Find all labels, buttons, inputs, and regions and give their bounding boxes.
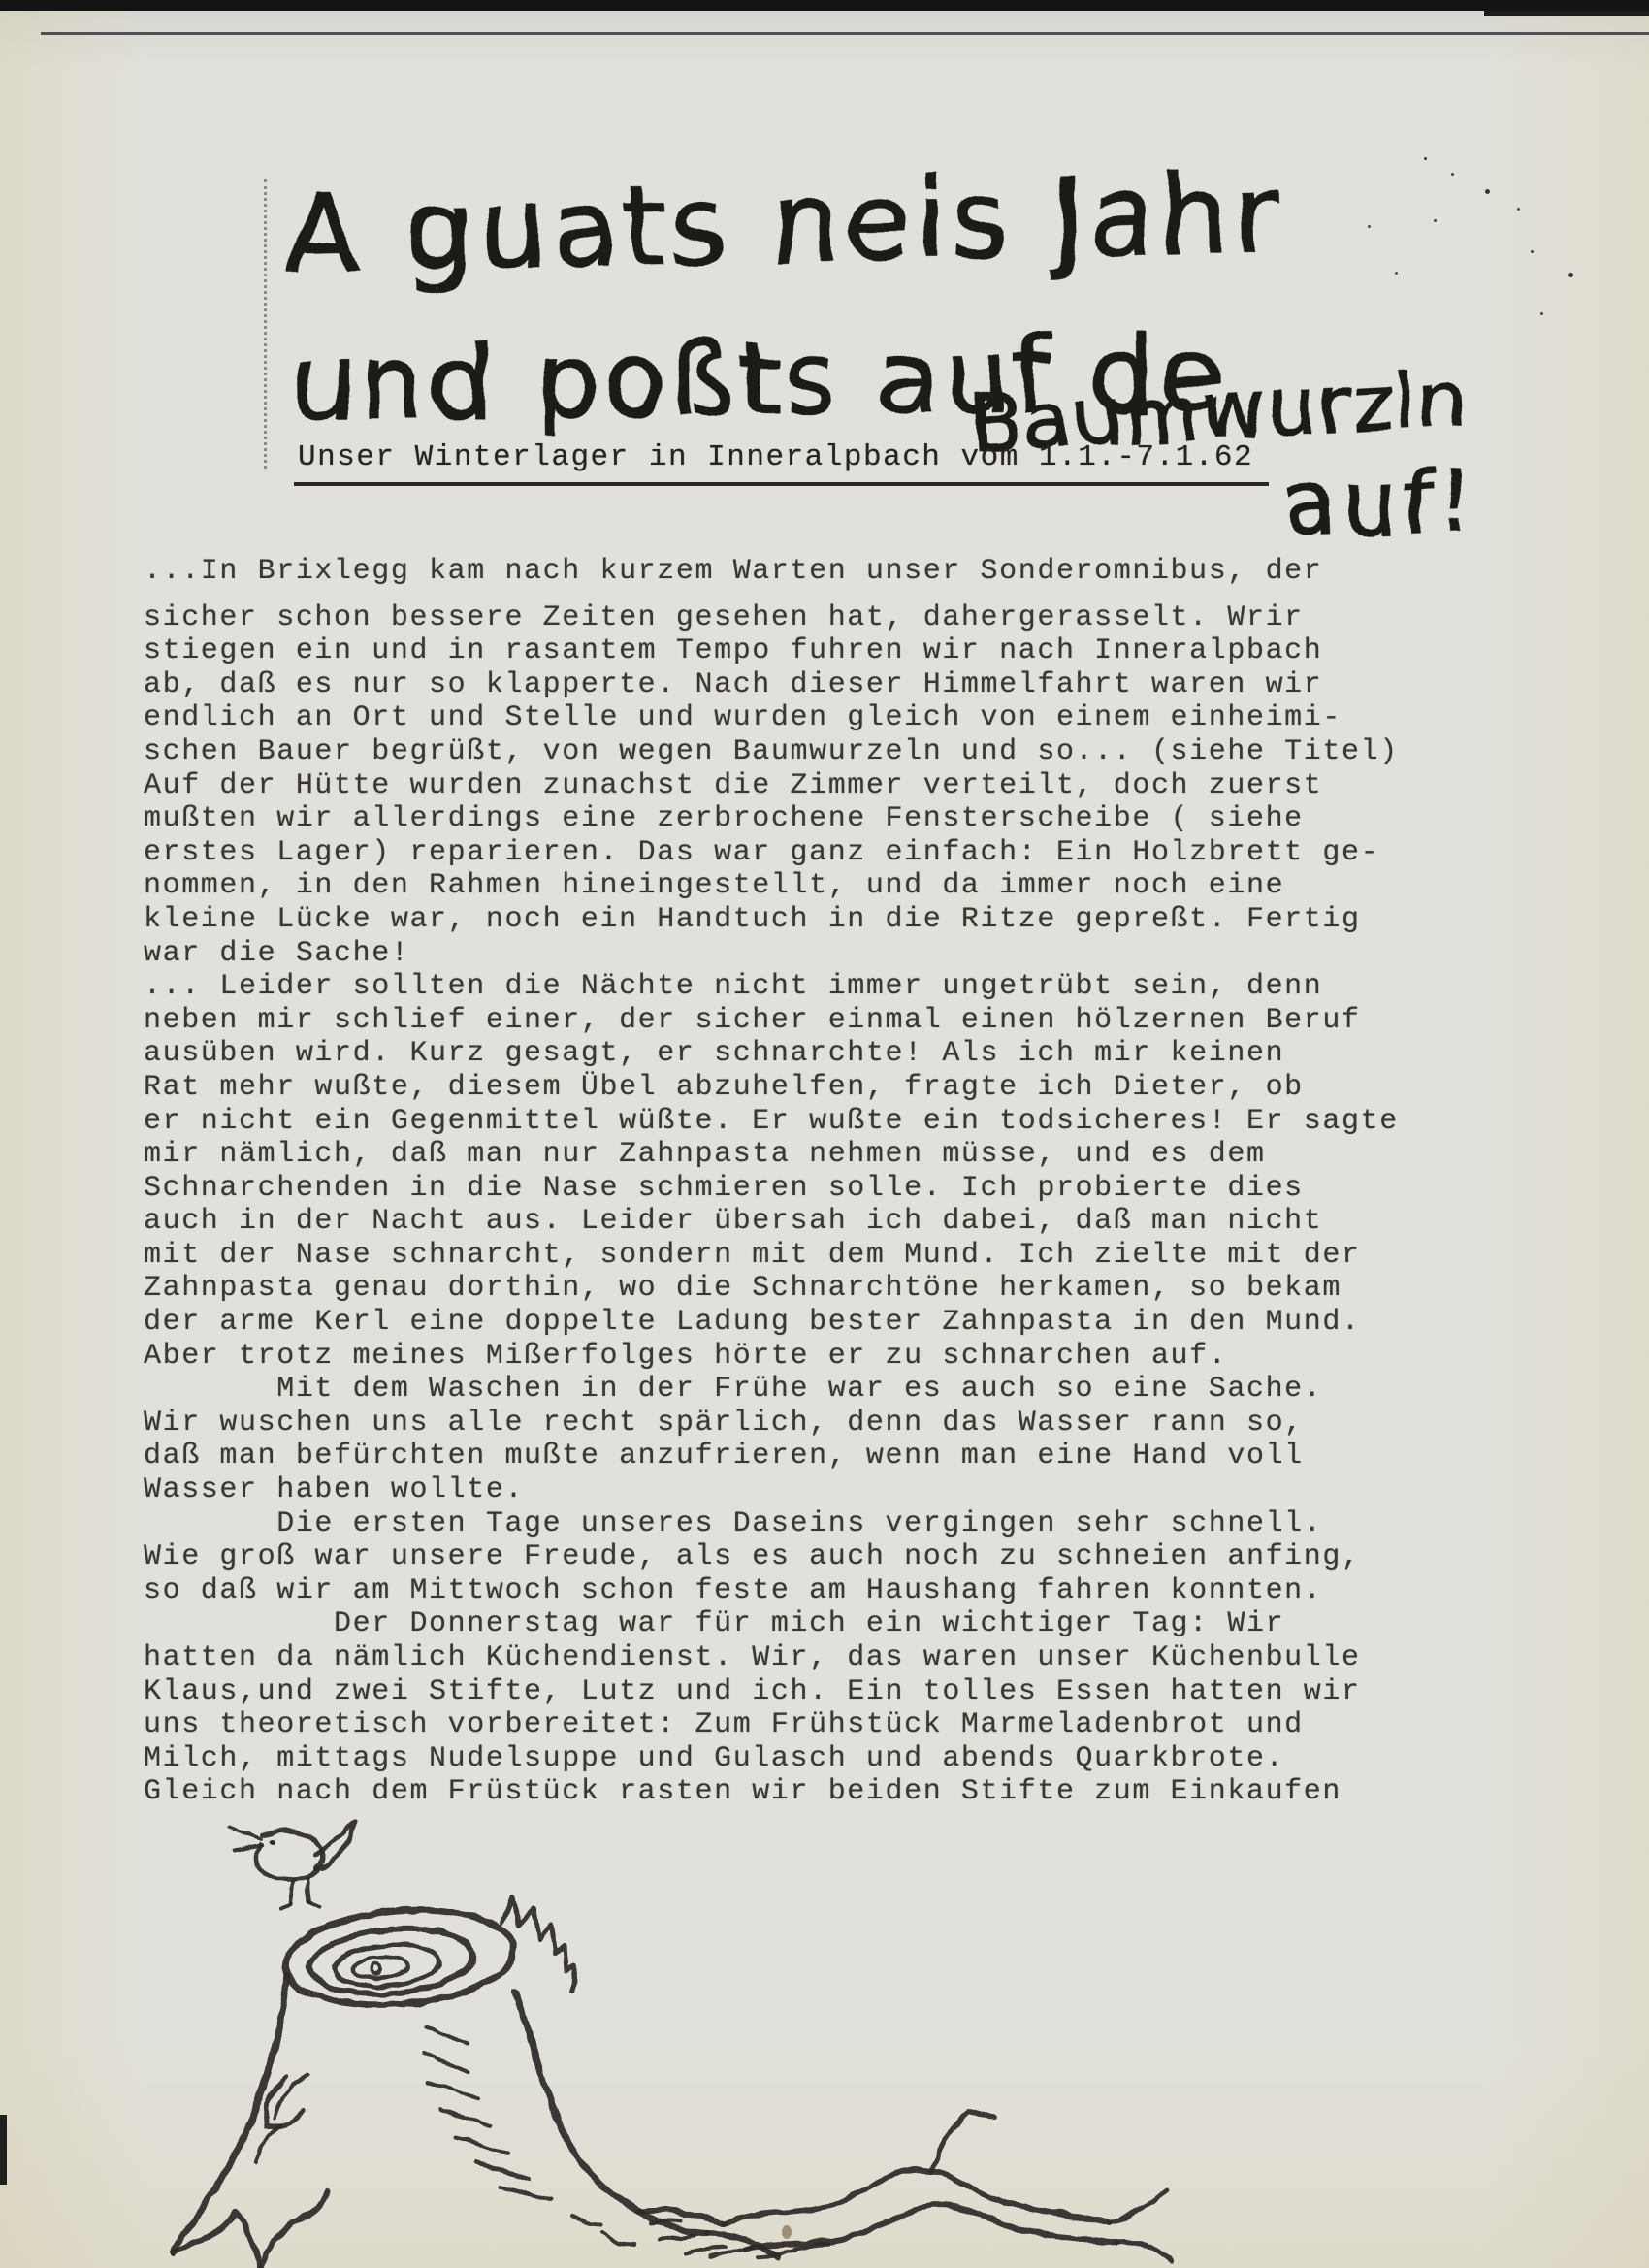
body-line: so daß wir am Mittwoch schon feste am Ha…: [144, 1574, 1560, 1608]
body-line: Wie groß war unsere Freude, als es auch …: [144, 1540, 1560, 1574]
body-line: nommen, in den Rahmen hineingestellt, un…: [144, 869, 1560, 903]
scanned-newsletter-page: A guats neis Jahr und poßts auf de Baumw…: [0, 0, 1649, 2268]
body-line: kleine Lücke war, noch ein Handtuch in d…: [144, 903, 1560, 937]
body-line: ausüben wird. Kurz gesagt, er schnarchte…: [144, 1037, 1560, 1071]
body-line: mit der Nase schnarcht, sondern mit dem …: [144, 1239, 1560, 1273]
body-line: Der Donnerstag war für mich ein wichtige…: [144, 1607, 1560, 1641]
body-line: Zahnpasta genau dorthin, wo die Schnarch…: [144, 1272, 1560, 1306]
body-line: mußten wir allerdings eine zerbrochene F…: [144, 802, 1560, 836]
body-line: Wir wuschen uns alle recht spärlich, den…: [144, 1407, 1560, 1441]
body-line: Klaus,und zwei Stifte, Lutz und ich. Ein…: [144, 1675, 1560, 1709]
tree-stump-with-bird-drawing: [116, 1785, 1242, 2268]
body-line: Rat mehr wußte, diesem Übel abzuhelfen, …: [144, 1071, 1560, 1105]
bird-sketch: [229, 1822, 355, 1908]
body-line: neben mir schlief einer, der sicher einm…: [144, 1004, 1560, 1038]
handwritten-title-line1: A guats neis Jahr: [284, 150, 1285, 298]
body-line: erstes Lager) reparieren. Das war ganz e…: [144, 836, 1560, 870]
body-line: Wasser haben wollte.: [144, 1474, 1560, 1507]
body-line: auch in der Nacht aus. Leider übersah ic…: [144, 1205, 1560, 1239]
handwritten-title-line4: auf!: [1282, 449, 1479, 556]
body-line: daß man befürchten mußte anzufrieren, we…: [144, 1440, 1560, 1474]
body-line: Die ersten Tage unseres Daseins verginge…: [144, 1507, 1560, 1541]
body-line: Milch, mittags Nudelsuppe und Gulasch un…: [144, 1742, 1560, 1776]
branch-sketch: [572, 2111, 1172, 2260]
stump-sketch: [173, 1897, 706, 2266]
body-line: Mit dem Waschen in der Frühe war es auch…: [144, 1373, 1560, 1407]
body-line: schen Bauer begrüßt, von wegen Baumwurze…: [144, 735, 1560, 769]
body-line: Auf der Hütte wurden zunachst die Zimmer…: [144, 769, 1560, 803]
body-line: stiegen ein und in rasantem Tempo fuhren…: [144, 634, 1560, 668]
scan-edge-artifact: [0, 2115, 7, 2185]
body-line: Schnarchenden in die Nase schmieren soll…: [144, 1172, 1560, 1206]
body-line: ... Leider sollten die Nächte nicht imme…: [144, 970, 1560, 1004]
body-line: uns theoretisch vorbereitet: Zum Frühstü…: [144, 1708, 1560, 1742]
body-line: der arme Kerl eine doppelte Ladung beste…: [144, 1306, 1560, 1340]
body-line: ab, daß es nur so klapperte. Nach dieser…: [144, 668, 1560, 702]
subtitle-heading: Unser Winterlager in Inneralpbach vom 1.…: [294, 438, 1269, 486]
body-line: ...In Brixlegg kam nach kurzem Warten un…: [144, 555, 1560, 589]
body-text: ...In Brixlegg kam nach kurzem Warten un…: [144, 555, 1560, 1809]
body-line: endlich an Ort und Stelle und wurden gle…: [144, 701, 1560, 735]
body-line: war die Sache!: [144, 937, 1560, 971]
body-line: er nicht ein Gegenmittel wüßte. Er wußte…: [144, 1105, 1560, 1139]
body-line: mir nämlich, daß man nur Zahnpasta nehme…: [144, 1138, 1560, 1172]
body-line: sicher schon bessere Zeiten gesehen hat,…: [144, 601, 1560, 635]
body-line: hatten da nämlich Küchendienst. Wir, das…: [144, 1641, 1560, 1675]
handwritten-title: A guats neis Jahr und poßts auf de Baumw…: [0, 0, 1649, 601]
body-line: Aber trotz meines Mißerfolges hörte er z…: [144, 1340, 1560, 1374]
